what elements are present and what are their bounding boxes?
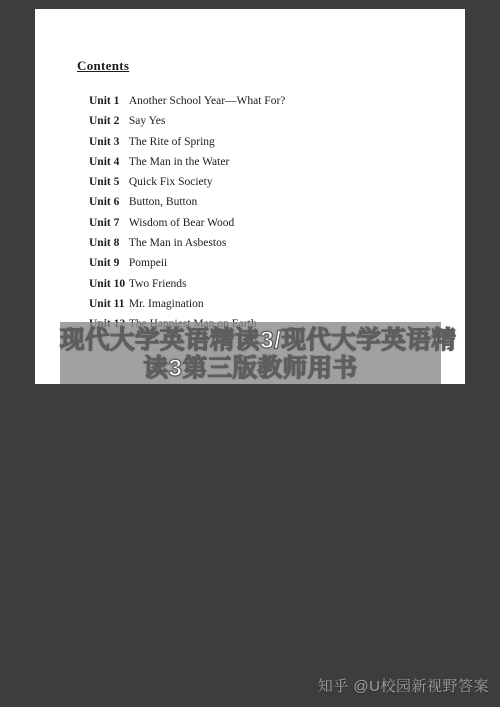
unit-title: Pompeii [129, 253, 167, 273]
toc-row: Unit 3 The Rite of Spring [89, 132, 429, 152]
unit-title: Wisdom of Bear Wood [129, 213, 234, 233]
unit-label: Unit 6 [89, 192, 126, 212]
unit-title: Say Yes [129, 111, 165, 131]
unit-label: Unit 2 [89, 111, 126, 131]
caption-line-1: 现代大学英语精读3/现代大学英语精 [60, 327, 441, 355]
unit-label: Unit 7 [89, 213, 126, 233]
contents-heading: Contents [77, 58, 129, 74]
unit-title: Another School Year—What For? [129, 91, 286, 111]
unit-label: Unit 9 [89, 253, 126, 273]
unit-title: The Man in the Water [129, 152, 229, 172]
toc-row: Unit 10 Two Friends [89, 274, 429, 294]
toc-row: Unit 5 Quick Fix Society [89, 172, 429, 192]
toc-row: Unit 7 Wisdom of Bear Wood [89, 213, 429, 233]
unit-title: Two Friends [129, 274, 187, 294]
toc-row: Unit 11 Mr. Imagination [89, 294, 429, 314]
toc-row: Unit 4 The Man in the Water [89, 152, 429, 172]
zhihu-watermark: 知乎 @U校园新视野答案 [318, 675, 489, 696]
toc-row: Unit 1 Another School Year—What For? [89, 91, 429, 111]
unit-label: Unit 8 [89, 233, 126, 253]
unit-title: Quick Fix Society [129, 172, 213, 192]
unit-label: Unit 11 [89, 294, 126, 314]
toc-row: Unit 2 Say Yes [89, 111, 429, 131]
caption-overlay: 现代大学英语精读3/现代大学英语精 读3第三版教师用书 [60, 322, 441, 384]
unit-title: The Man in Asbestos [129, 233, 226, 253]
unit-title: The Rite of Spring [129, 132, 215, 152]
toc-list: Unit 1 Another School Year—What For? Uni… [89, 91, 429, 335]
unit-label: Unit 5 [89, 172, 126, 192]
unit-label: Unit 3 [89, 132, 126, 152]
toc-row: Unit 8 The Man in Asbestos [89, 233, 429, 253]
unit-title: Mr. Imagination [129, 294, 204, 314]
unit-label: Unit 4 [89, 152, 126, 172]
toc-row: Unit 6 Button, Button [89, 192, 429, 212]
toc-row: Unit 9 Pompeii [89, 253, 429, 273]
screenshot-stage: Contents Unit 1 Another School Year—What… [0, 0, 500, 707]
unit-label: Unit 10 [89, 274, 126, 294]
unit-title: Button, Button [129, 192, 197, 212]
caption-line-2: 读3第三版教师用书 [60, 355, 441, 383]
unit-label: Unit 1 [89, 91, 126, 111]
